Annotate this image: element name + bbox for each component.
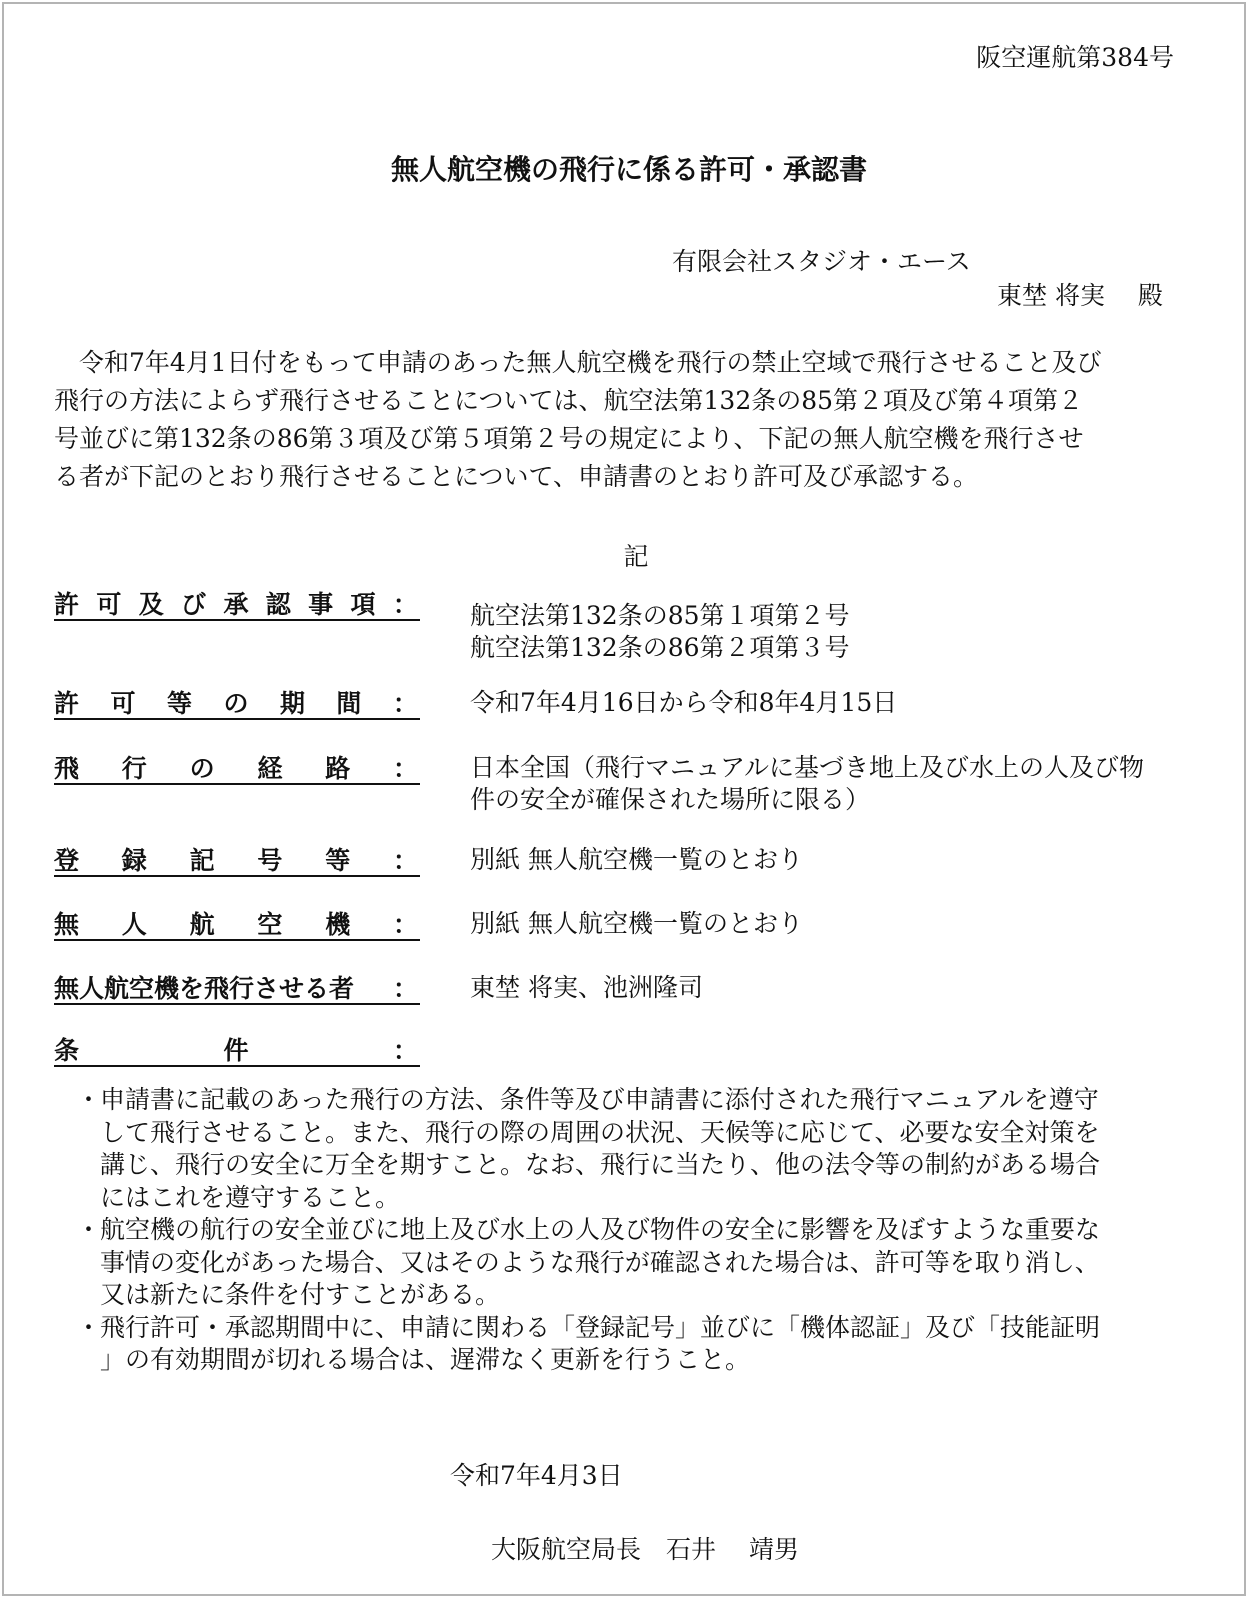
label-permission-items: 許 可 及 び 承 認 事 項 ：	[54, 588, 420, 621]
body-line: 飛行の方法によらず飛行させることについては、航空法第132条の85第２項及び第４…	[54, 382, 1214, 420]
label-char: 行	[122, 752, 147, 783]
label-char: ：	[393, 1034, 418, 1065]
issuer-signature: 大阪航空局長 石井 靖男	[491, 1530, 799, 1566]
label-char: 航	[190, 908, 215, 939]
label-char: 録	[122, 844, 147, 875]
label-char: ：	[393, 687, 418, 718]
document-title: 無人航空機の飛行に係る許可・承認書	[4, 148, 1250, 188]
addressee-company: 有限会社スタジオ・エース	[672, 242, 971, 278]
label-char: の	[190, 752, 215, 783]
value-registration-number: 別紙 無人航空機一覧のとおり	[470, 844, 803, 876]
conditions-list: ・ 申請書に記載のあった飛行の方法、条件等及び申請書に添付された飛行マニュアルを…	[76, 1084, 1216, 1377]
label-char: 機	[325, 908, 350, 939]
value-line: 令和7年4月16日から令和8年4月15日	[470, 687, 897, 719]
label-char: 路	[325, 752, 350, 783]
bullet-icon: ・	[76, 1214, 101, 1247]
document-page: 阪空運航第384号 無人航空機の飛行に係る許可・承認書 有限会社スタジオ・エース…	[2, 2, 1246, 1596]
label-char: 記	[190, 844, 215, 875]
value-line: 航空法第132条の86第２項第３号	[470, 632, 850, 664]
value-line: 東埜 将実、池洲隆司	[470, 972, 703, 1004]
label-char: 許	[54, 687, 79, 718]
condition-line: 」の有効期間が切れる場合は、遅滞なく更新を行うこと。	[100, 1344, 1216, 1377]
label-char: ：	[393, 844, 418, 875]
label-char: 条	[54, 1034, 79, 1065]
label-char: 許	[54, 588, 79, 619]
label-char: 認	[266, 588, 291, 619]
condition-line: 講じ、飛行の安全に万全を期すこと。なお、飛行に当たり、他の法令等の制約がある場合	[100, 1149, 1216, 1182]
label-char: 及	[139, 588, 164, 619]
label-unmanned-aircraft: 無 人 航 空 機 ：	[54, 908, 420, 941]
label-char: 無人航空機を飛行させる者	[54, 972, 354, 1003]
value-line: 別紙 無人航空機一覧のとおり	[470, 844, 803, 876]
value-operators: 東埜 将実、池洲隆司	[470, 972, 703, 1004]
label-permission-period: 許 可 等 の 期 間 ：	[54, 687, 420, 720]
label-char: 人	[122, 908, 147, 939]
label-char: 飛	[54, 752, 79, 783]
issue-date: 令和7年4月3日	[450, 1456, 623, 1492]
label-char: 経	[257, 752, 282, 783]
label-char: 可	[110, 687, 135, 718]
condition-line: して飛行させること。また、飛行の際の周囲の状況、天候等に応じて、必要な安全対策を	[100, 1117, 1216, 1150]
label-registration-number: 登 録 記 号 等 ：	[54, 844, 420, 877]
label-char: 号	[257, 844, 282, 875]
condition-line: 飛行許可・承認期間中に、申請に関わる「登録記号」並びに「機体認証」及び「技能証明	[100, 1312, 1216, 1345]
value-permission-items: 航空法第132条の85第１項第２号 航空法第132条の86第２項第３号	[470, 600, 850, 664]
condition-line: 事情の変化があった場合、又はそのような飛行が確認された場合は、許可等を取り消し、	[100, 1247, 1216, 1280]
document-number: 阪空運航第384号	[976, 38, 1174, 74]
ki-heading: 記	[4, 537, 1250, 573]
label-operators: 無人航空機を飛行させる者 ：	[54, 972, 420, 1005]
label-char: 事	[308, 588, 333, 619]
condition-item: ・ 航空機の航行の安全並びに地上及び水上の人及び物件の安全に影響を及ぼすような重…	[76, 1214, 1216, 1312]
label-conditions: 条 件 ：	[54, 1034, 420, 1067]
label-char: 等	[167, 687, 192, 718]
label-char: ：	[393, 588, 418, 619]
condition-line: 又は新たに条件を付すことがある。	[100, 1279, 1216, 1312]
condition-item: ・ 飛行許可・承認期間中に、申請に関わる「登録記号」並びに「機体認証」及び「技能…	[76, 1312, 1216, 1377]
label-char: 等	[325, 844, 350, 875]
bullet-icon: ・	[76, 1312, 101, 1345]
label-char: 期	[280, 687, 305, 718]
label-char: 空	[257, 908, 282, 939]
label-char: 可	[96, 588, 121, 619]
value-permission-period: 令和7年4月16日から令和8年4月15日	[470, 687, 897, 719]
body-line: る者が下記のとおり飛行させることについて、申請書のとおり許可及び承認する。	[54, 458, 1214, 496]
label-char: び	[181, 588, 206, 619]
label-char: ：	[393, 908, 418, 939]
condition-line: にはこれを遵守すること。	[100, 1182, 1216, 1215]
body-line: 令和7年4月1日付をもって申請のあった無人航空機を飛行の禁止空域で飛行させること…	[54, 344, 1214, 382]
bullet-icon: ・	[76, 1084, 101, 1117]
value-line: 件の安全が確保された場所に限る）	[470, 784, 1144, 816]
value-line: 航空法第132条の85第１項第２号	[470, 600, 850, 632]
label-char: 件	[223, 1034, 248, 1065]
value-unmanned-aircraft: 別紙 無人航空機一覧のとおり	[470, 908, 803, 940]
label-char: ：	[393, 752, 418, 783]
label-char: 無	[54, 908, 79, 939]
label-char: の	[223, 687, 248, 718]
label-char: ：	[393, 972, 418, 1003]
condition-line: 航空機の航行の安全並びに地上及び水上の人及び物件の安全に影響を及ぼすような重要な	[100, 1214, 1216, 1247]
value-line: 日本全国（飛行マニュアルに基づき地上及び水上の人及び物	[470, 752, 1144, 784]
body-paragraph: 令和7年4月1日付をもって申請のあった無人航空機を飛行の禁止空域で飛行させること…	[54, 344, 1214, 496]
label-char: 登	[54, 844, 79, 875]
condition-item: ・ 申請書に記載のあった飛行の方法、条件等及び申請書に添付された飛行マニュアルを…	[76, 1084, 1216, 1214]
label-flight-route: 飛 行 の 経 路 ：	[54, 752, 420, 785]
label-char: 項	[351, 588, 376, 619]
body-line: 号並びに第132条の86第３項及び第５項第２号の規定により、下記の無人航空機を飛…	[54, 420, 1214, 458]
label-char: 間	[336, 687, 361, 718]
condition-line: 申請書に記載のあった飛行の方法、条件等及び申請書に添付された飛行マニュアルを遵守	[100, 1084, 1216, 1117]
addressee-name: 東埜 将実 殿	[997, 276, 1163, 312]
value-line: 別紙 無人航空機一覧のとおり	[470, 908, 803, 940]
label-char: 承	[223, 588, 248, 619]
value-flight-route: 日本全国（飛行マニュアルに基づき地上及び水上の人及び物 件の安全が確保された場所…	[470, 752, 1144, 816]
